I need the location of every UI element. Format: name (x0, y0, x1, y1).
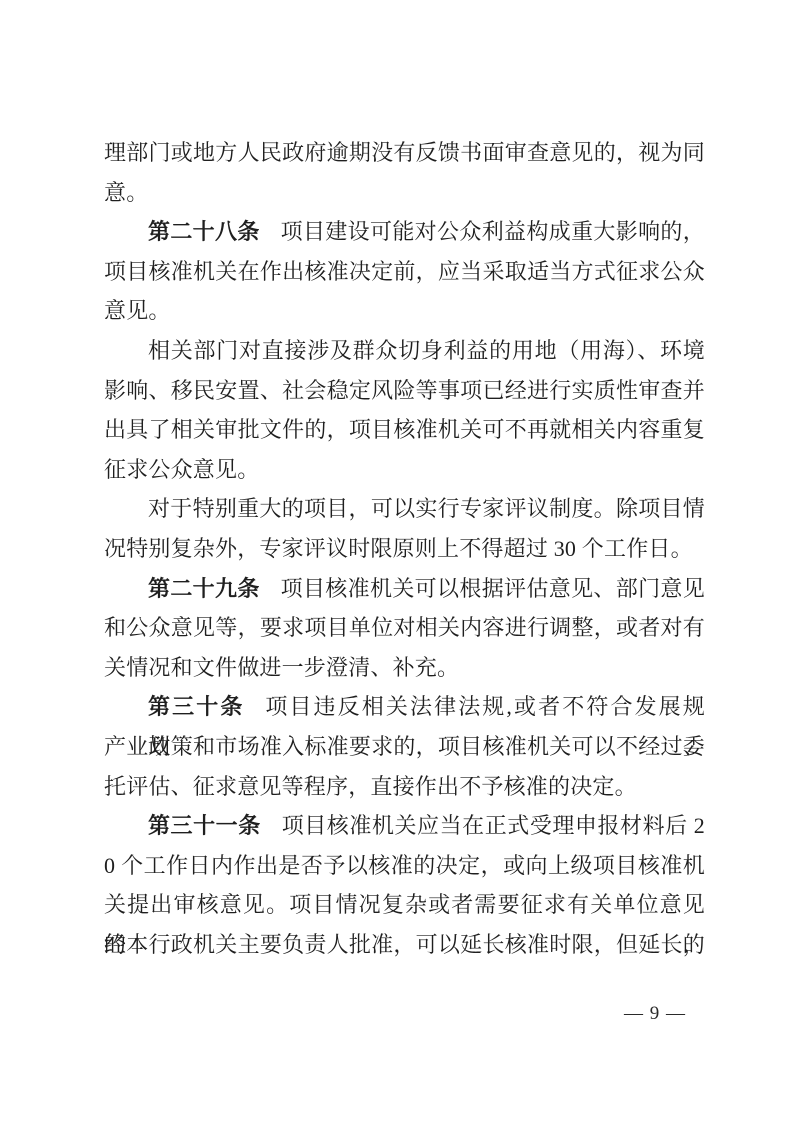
text-line: 意见。 (104, 291, 705, 331)
paragraph: 第二十八条项目建设可能对公众利益构成重大影响的，项目核准机关在作出核准决定前，应… (104, 212, 705, 331)
text-line: 经本行政机关主要负责人批准，可以延长核准时限，但延长的 (104, 925, 705, 965)
paragraph: 相关部门对直接涉及群众切身利益的用地（用海）、环境影响、移民安置、社会稳定风险等… (104, 331, 705, 489)
paragraph: 第二十九条项目核准机关可以根据评估意见、部门意见和公众意见等，要求项目单位对相关… (104, 569, 705, 688)
text-line: 第三十一条项目核准机关应当在正式受理申报材料后 2 (104, 806, 705, 846)
article-number-heading: 第三十条 (148, 694, 244, 719)
article-number-heading: 第二十九条 (148, 576, 260, 601)
text-line: 第三十条项目违反相关法律法规,或者不符合发展规划、 (104, 687, 705, 727)
text-line: 第二十九条项目核准机关可以根据评估意见、部门意见 (104, 569, 705, 609)
text-line: 影响、移民安置、社会稳定风险等事项已经进行实质性审查并 (104, 371, 705, 411)
page-number: — 9 — (600, 1003, 710, 1025)
paragraph: 第三十条项目违反相关法律法规,或者不符合发展规划、产业政策和市场准入标准要求的，… (104, 687, 705, 806)
document-page: 理部门或地方人民政府逾期没有反馈书面审查意见的，视为同意。第二十八条项目建设可能… (0, 0, 800, 1131)
line-text: 项目核准机关应当在正式受理申报材料后 2 (282, 813, 705, 838)
text-line: 关提出审核意见。项目情况复杂或者需要征求有关单位意见的， (104, 885, 705, 925)
text-line: 征求公众意见。 (104, 450, 705, 490)
article-number-heading: 第二十八条 (148, 219, 260, 244)
text-line: 意。 (104, 173, 705, 213)
text-line: 对于特别重大的项目，可以实行专家评议制度。除项目情 (104, 489, 705, 529)
text-line: 相关部门对直接涉及群众切身利益的用地（用海）、环境 (104, 331, 705, 371)
paragraph: 理部门或地方人民政府逾期没有反馈书面审查意见的，视为同意。 (104, 133, 705, 212)
text-line: 项目核准机关在作出核准决定前，应当采取适当方式征求公众 (104, 252, 705, 292)
text-line: 托评估、征求意见等程序，直接作出不予核准的决定。 (104, 767, 705, 807)
document-body: 理部门或地方人民政府逾期没有反馈书面审查意见的，视为同意。第二十八条项目建设可能… (104, 133, 705, 964)
text-line: 第二十八条项目建设可能对公众利益构成重大影响的， (104, 212, 705, 252)
text-line: 况特别复杂外，专家评议时限原则上不得超过 30 个工作日。 (104, 529, 705, 569)
text-line: 0 个工作日内作出是否予以核准的决定，或向上级项目核准机 (104, 846, 705, 886)
text-line: 理部门或地方人民政府逾期没有反馈书面审查意见的，视为同 (104, 133, 705, 173)
text-line: 关情况和文件做进一步澄清、补充。 (104, 648, 705, 688)
line-text: 项目核准机关可以根据评估意见、部门意见 (281, 576, 705, 601)
text-line: 和公众意见等，要求项目单位对相关内容进行调整，或者对有 (104, 608, 705, 648)
text-line: 产业政策和市场准入标准要求的，项目核准机关可以不经过委 (104, 727, 705, 767)
line-text: 项目建设可能对公众利益构成重大影响的， (281, 219, 705, 244)
paragraph: 对于特别重大的项目，可以实行专家评议制度。除项目情况特别复杂外，专家评议时限原则… (104, 489, 705, 568)
paragraph: 第三十一条项目核准机关应当在正式受理申报材料后 20 个工作日内作出是否予以核准… (104, 806, 705, 964)
article-number-heading: 第三十一条 (148, 813, 261, 838)
text-line: 出具了相关审批文件的，项目核准机关可不再就相关内容重复 (104, 410, 705, 450)
